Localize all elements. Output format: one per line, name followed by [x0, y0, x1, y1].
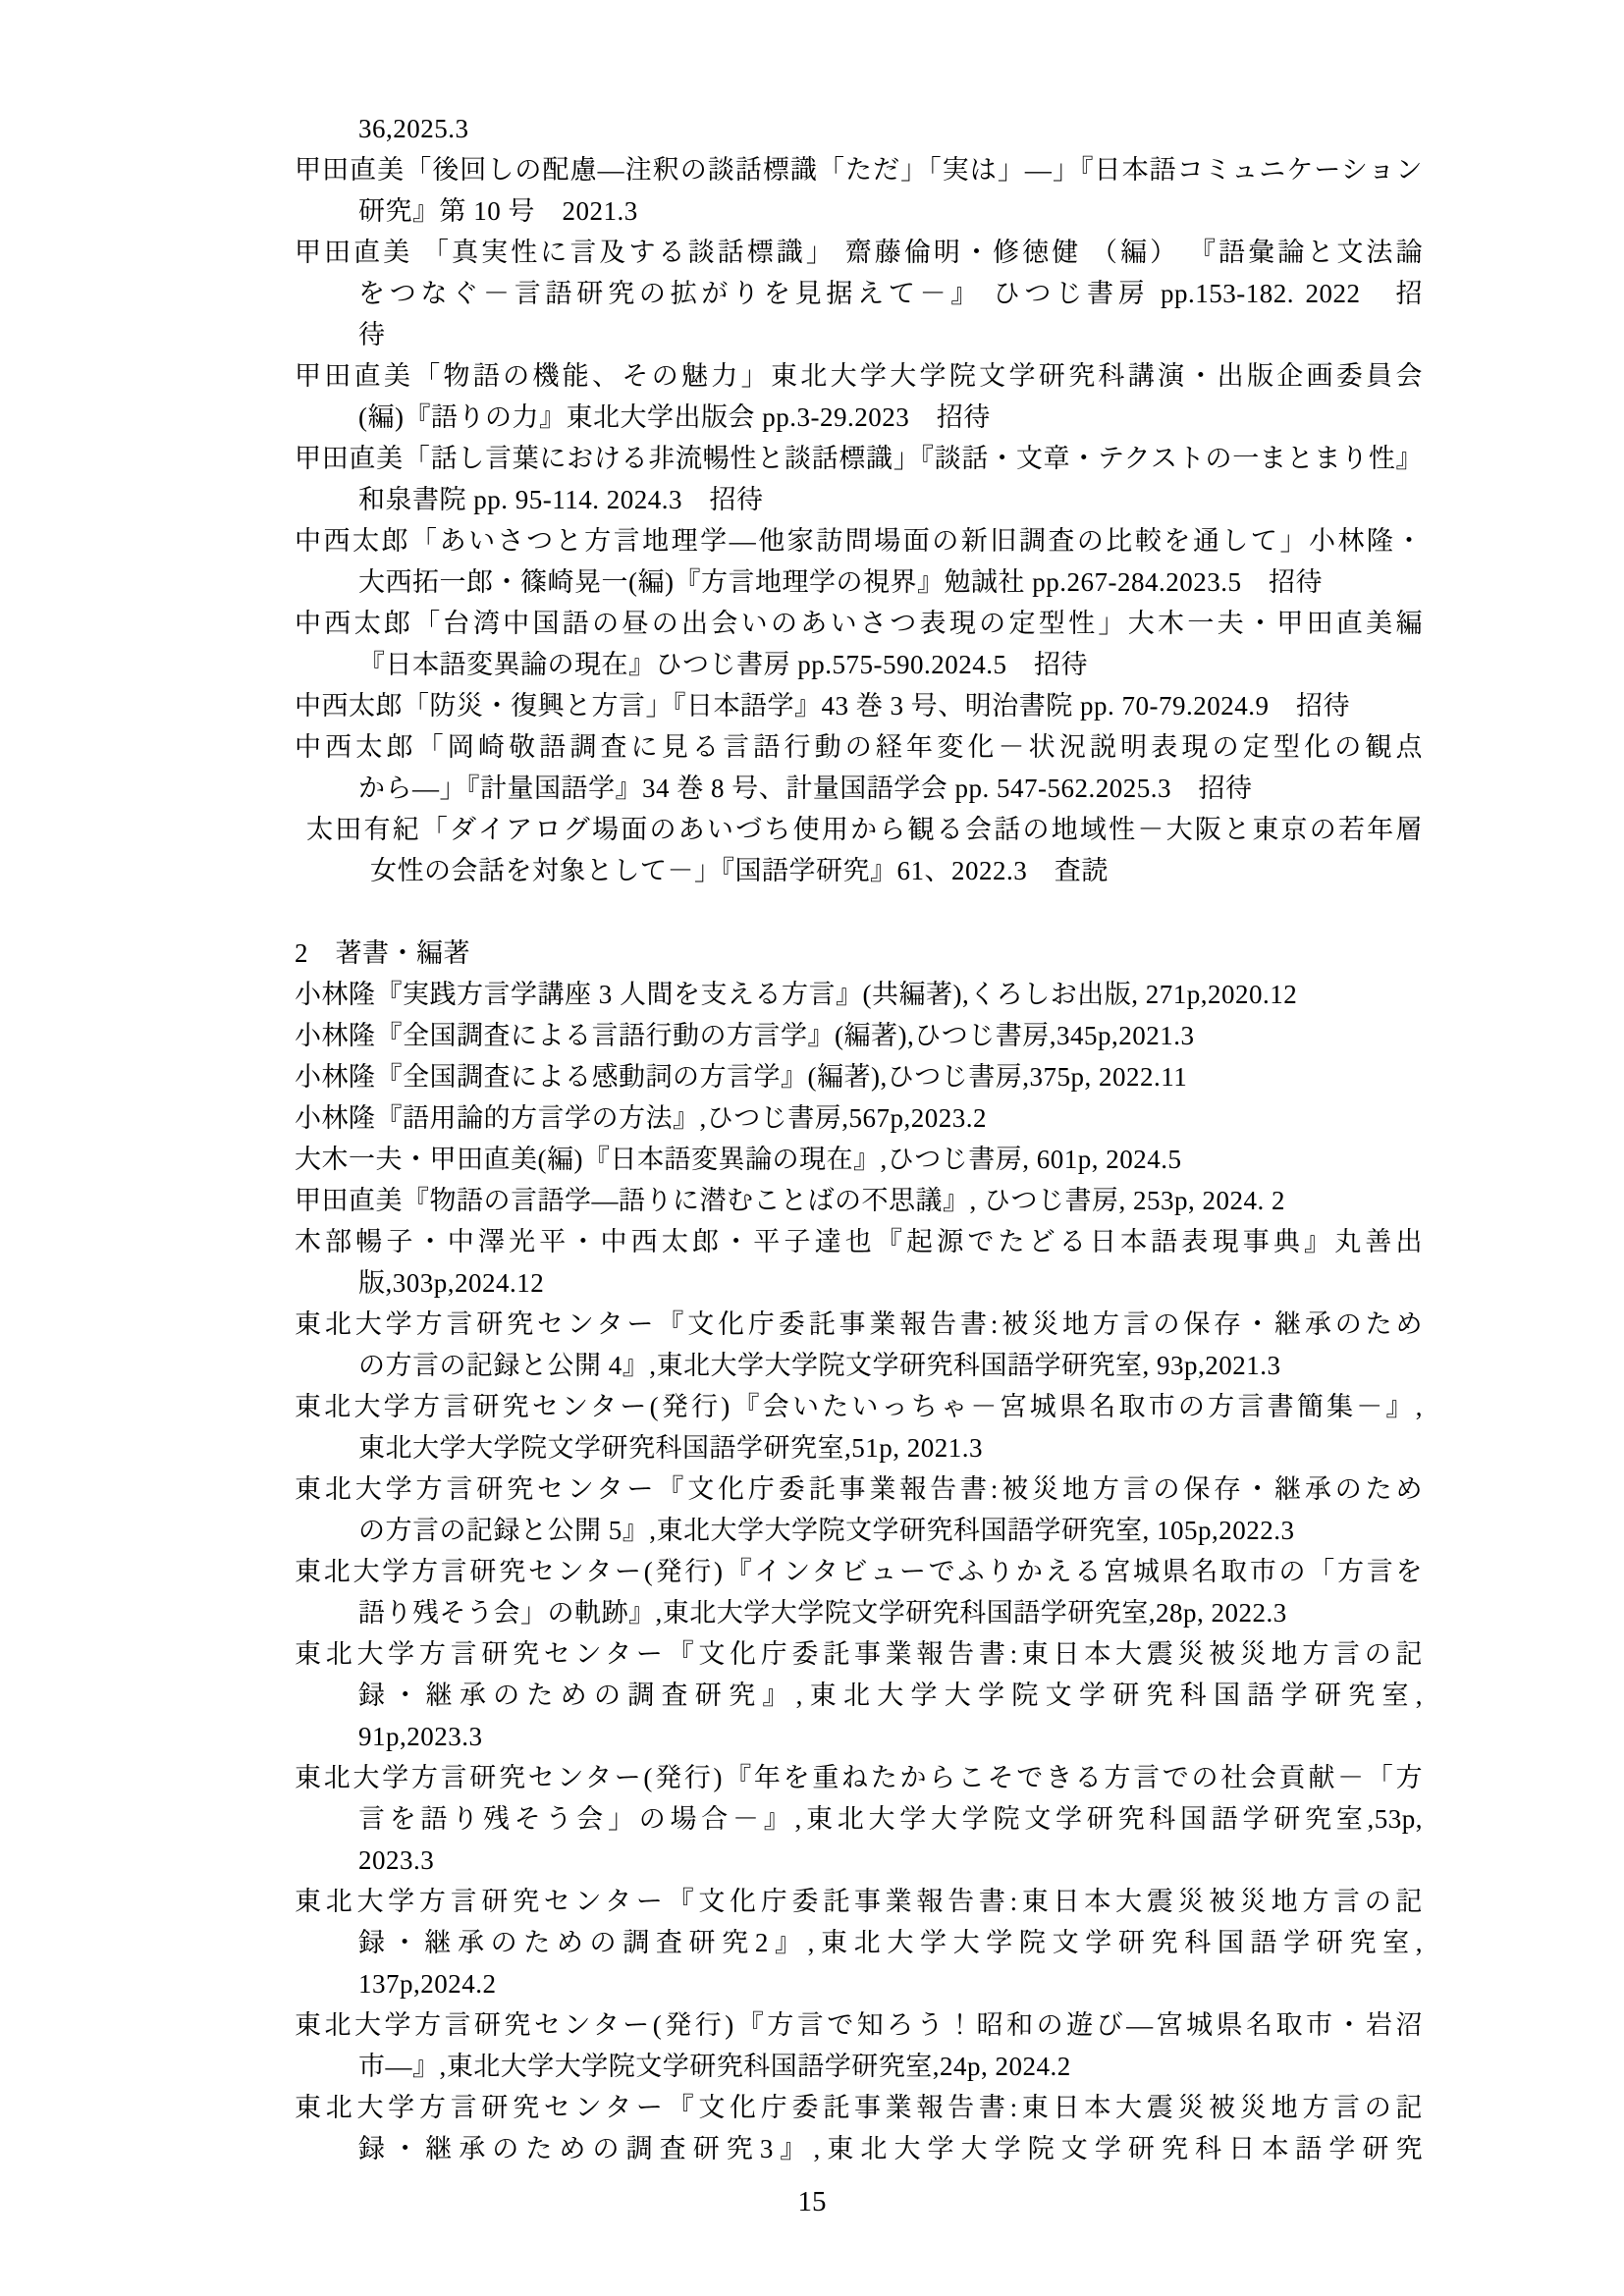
publication-line: 小林隆『実践方言学講座 3 人間を支える方言』(共編著),くろしお出版, 271… [295, 974, 1423, 1015]
publication-line: 36,2025.3 [358, 108, 1423, 149]
publication-line: 甲田直美「物語の機能、その魅力」東北大学大学院文学研究科講演・出版企画委員会 [295, 355, 1423, 397]
publication-line: 甲田直美「話し言葉における非流暢性と談話標識」『談話・文章・テクストの一まとまり… [295, 438, 1423, 479]
publication-line: 中西太郎「台湾中国語の昼の出会いのあいさつ表現の定型性」大木一夫・甲田直美編 [295, 603, 1423, 644]
publication-list: 36,2025.3甲田直美「後回しの配慮―注釈の談話標識「ただ」「実は」―」『日… [295, 108, 1423, 2169]
publication-line: 中西太郎「防災・復興と方言」『日本語学』43 巻 3 号、明治書院 pp. 70… [295, 685, 1423, 726]
publication-line: 137p,2024.2 [358, 1963, 1423, 2004]
publication-line: 語り残そう会」の軌跡』,東北大学大学院文学研究科国語学研究室,28p, 2022… [358, 1592, 1423, 1633]
publication-line: 大木一夫・甲田直美(編)『日本語変異論の現在』,ひつじ書房, 601p, 202… [295, 1139, 1423, 1180]
publication-line: 91p,2023.3 [358, 1716, 1423, 1757]
publication-line: をつなぐ－言語研究の拡がりを見据えて－』 ひつじ書房 pp.153-182. 2… [358, 273, 1423, 314]
publication-line: 小林隆『全国調査による言語行動の方言学』(編著),ひつじ書房,345p,2021… [295, 1015, 1423, 1056]
publication-line: 録・継承のための調査研究2』,東北大学大学院文学研究科国語学研究室, [358, 1922, 1423, 1963]
publication-line: の方言の記録と公開 5』,東北大学大学院文学研究科国語学研究室, 105p,20… [358, 1510, 1423, 1551]
publication-line: 東北大学方言研究センター『文化庁委託事業報告書:東日本大震災被災地方言の記 [295, 1633, 1423, 1675]
publication-line: の方言の記録と公開 4』,東北大学大学院文学研究科国語学研究室, 93p,202… [358, 1345, 1423, 1386]
publication-line: (編)『語りの力』東北大学出版会 pp.3-29.2023 招待 [358, 397, 1423, 438]
publication-line: 版,303p,2024.12 [358, 1262, 1423, 1304]
publication-line: 甲田直美『物語の言語学―語りに潜むことばの不思議』, ひつじ書房, 253p, … [295, 1180, 1423, 1221]
publication-line: 中西太郎「あいさつと方言地理学―他家訪問場面の新旧調査の比較を通して」小林隆・ [295, 520, 1423, 561]
publication-line: 『日本語変異論の現在』ひつじ書房 pp.575-590.2024.5 招待 [358, 644, 1423, 685]
publication-line: 待 [358, 314, 1423, 355]
publication-line: 東北大学方言研究センター『文化庁委託事業報告書:東日本大震災被災地方言の記 [295, 1881, 1423, 1922]
publication-line: 甲田直美 「真実性に言及する談話標識」 齋藤倫明・修徳健 （編） 『語彙論と文法… [295, 232, 1423, 273]
publication-line: 2 著書・編著 [295, 933, 1423, 974]
publication-line: 女性の会話を対象として－」『国語学研究』61、2022.3 査読 [370, 850, 1423, 891]
publication-line: 録・継承のための調査研究3』,東北大学大学院文学研究科日本語学研究 [358, 2128, 1423, 2169]
publication-line: 2023.3 [358, 1840, 1423, 1881]
publication-line: 言を語り残そう会」の場合－』,東北大学大学院文学研究科国語学研究室,53p, [358, 1798, 1423, 1840]
publication-line: 太田有紀「ダイアログ場面のあいづち使用から観る会話の地域性－大阪と東京の若年層 [306, 809, 1423, 850]
publication-line: から―」『計量国語学』34 巻 8 号、計量国語学会 pp. 547-562.2… [358, 768, 1423, 809]
publication-line: 中西太郎「岡崎敬語調査に見る言語行動の経年変化－状況説明表現の定型化の観点 [295, 726, 1423, 768]
publication-line: 甲田直美「後回しの配慮―注釈の談話標識「ただ」「実は」―」『日本語コミュニケーシ… [295, 149, 1423, 190]
publication-line: 市―』,東北大学大学院文学研究科国語学研究室,24p, 2024.2 [358, 2046, 1423, 2087]
publication-line: 木部暢子・中澤光平・中西太郎・平子達也『起源でたどる日本語表現事典』丸善出 [295, 1221, 1423, 1262]
publication-line: 東北大学方言研究センター『文化庁委託事業報告書:東日本大震災被災地方言の記 [295, 2087, 1423, 2128]
publication-line: 東北大学大学院文学研究科国語学研究室,51p, 2021.3 [358, 1427, 1423, 1468]
page: 36,2025.3甲田直美「後回しの配慮―注釈の談話標識「ただ」「実は」―」『日… [0, 0, 1624, 2296]
publication-line: 東北大学方言研究センター(発行)『方言で知ろう！昭和の遊び―宮城県名取市・岩沼 [295, 2004, 1423, 2046]
publication-line: 東北大学方言研究センター『文化庁委託事業報告書:被災地方言の保存・継承のため [295, 1304, 1423, 1345]
publication-line: 小林隆『全国調査による感動詞の方言学』(編著),ひつじ書房,375p, 2022… [295, 1056, 1423, 1097]
publication-line: 和泉書院 pp. 95-114. 2024.3 招待 [358, 479, 1423, 520]
publication-line: 小林隆『語用論的方言学の方法』,ひつじ書房,567p,2023.2 [295, 1097, 1423, 1139]
publication-line: 東北大学方言研究センター(発行)『インタビューでふりかえる宮城県名取市の「方言を [295, 1551, 1423, 1592]
publication-line: 大西拓一郎・篠崎晃一(編)『方言地理学の視界』勉誠社 pp.267-284.20… [358, 561, 1423, 603]
publication-line: 録・継承のための調査研究』,東北大学大学院文学研究科国語学研究室, [358, 1675, 1423, 1716]
page-number: 15 [0, 2181, 1624, 2222]
publication-line: 東北大学方言研究センター『文化庁委託事業報告書:被災地方言の保存・継承のため [295, 1468, 1423, 1510]
publication-line: 東北大学方言研究センター(発行)『年を重ねたからこそできる方言での社会貢献－「方 [295, 1757, 1423, 1798]
publication-line: 東北大学方言研究センター(発行)『会いたいっちゃ－宮城県名取市の方言書簡集－』, [295, 1386, 1423, 1427]
blank-line [295, 891, 1423, 933]
publication-line: 研究』第 10 号 2021.3 [358, 190, 1423, 232]
